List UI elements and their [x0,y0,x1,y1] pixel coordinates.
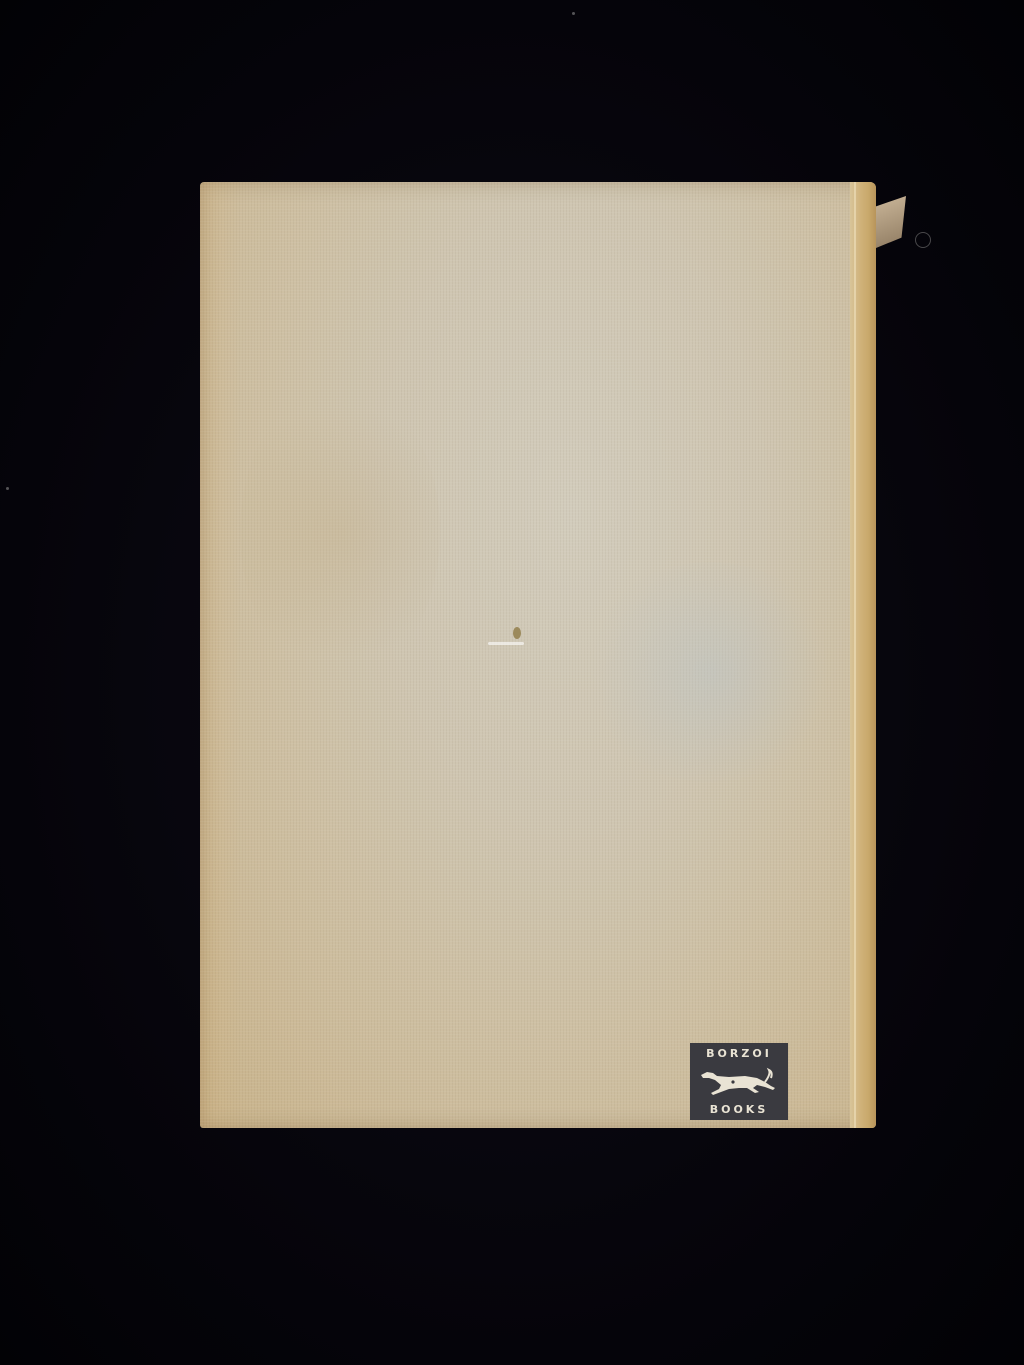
discoloration [240,382,440,682]
small-stain [513,627,521,639]
running-borzoi-dog-icon [699,1066,779,1098]
logo-top-text: BORZOI [706,1048,772,1060]
fiber-loop [915,232,931,248]
dust-speck [572,12,575,15]
book-back-cover [200,182,876,1128]
faded-area [580,562,840,782]
scuff-mark [488,642,524,645]
borzoi-books-logo: BORZOI BOOKS [690,1043,788,1120]
spine-edge [850,182,876,1128]
dust-speck [6,487,9,490]
logo-bottom-text: BOOKS [710,1104,769,1116]
